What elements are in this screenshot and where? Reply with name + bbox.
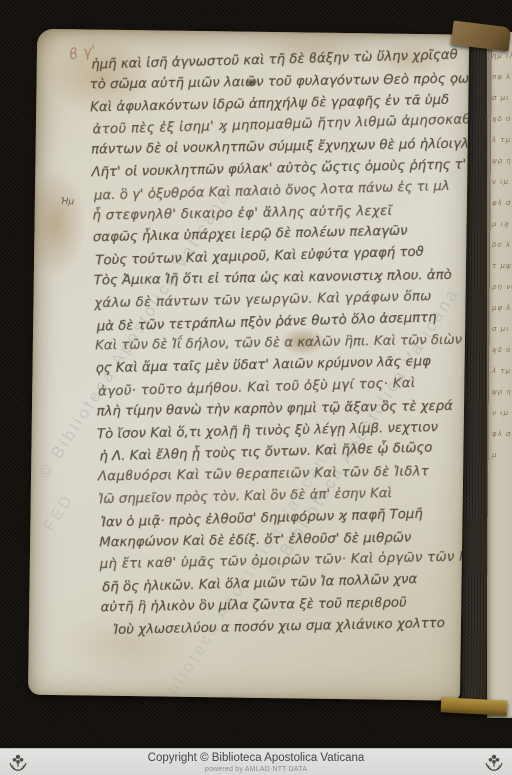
manuscript-text: ἡμῆ καὶ ἰσῆ ἀγνωστοῦ καὶ τῆ δὲ ϐάξην τὼ … bbox=[89, 46, 469, 642]
gilt-edge bbox=[441, 697, 508, 715]
manuscript-viewer: ημ ιλ πφ λσ μι ϗδ ολ τμ ψρ ην ιμ φλ σμ ι… bbox=[0, 0, 512, 775]
viewer-footer: Copyright © Biblioteca Apostolica Vatica… bbox=[0, 748, 512, 775]
manuscript-page: © Biblioteca Apostolica Vaticana © Bibli… bbox=[28, 29, 469, 701]
parchment-stain bbox=[28, 169, 87, 280]
vatican-library-emblem-left bbox=[6, 750, 30, 774]
powered-by-text: powered by AMLAD·NTT DATA bbox=[30, 766, 482, 773]
margin-note: Ἡμ bbox=[61, 197, 74, 207]
copyright-text: Copyright © Biblioteca Apostolica Vatica… bbox=[30, 753, 482, 765]
vatican-library-emblem-right bbox=[482, 750, 506, 774]
library-watermark-fragment: FED bbox=[41, 491, 78, 535]
footer-text: Copyright © Biblioteca Apostolica Vatica… bbox=[30, 751, 482, 774]
